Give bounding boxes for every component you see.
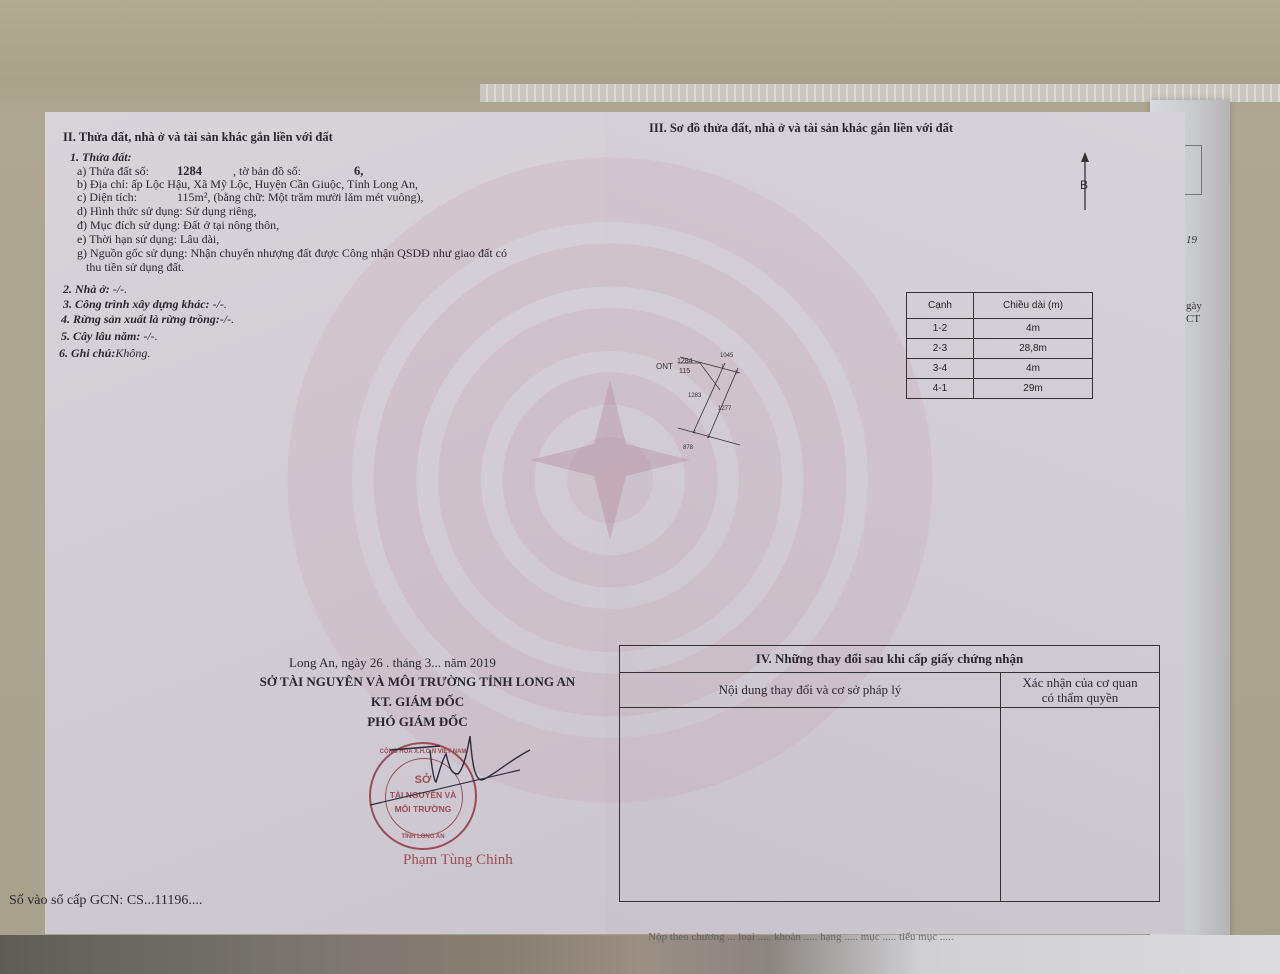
item-perennial: 5. Cây lâu năm: -/-.: [61, 329, 158, 343]
neighbor-parcel: 1277: [718, 406, 732, 412]
signer-name: Phạm Tùng Chinh: [403, 852, 513, 869]
item-label: 5. Cây lâu năm:: [61, 329, 140, 343]
under-sheet-text: Nộp theo chương ... loại ..... khoản ...…: [648, 930, 954, 944]
changes-confirm-cell: [1001, 708, 1160, 902]
signature-icon: [370, 730, 540, 810]
neighbor-parcel: 878: [683, 445, 694, 451]
item-label: 2. Nhà ở:: [63, 282, 110, 296]
area-label: c) Diện tích:: [77, 190, 137, 204]
map-sheet-label: , tờ bản đồ số:: [233, 164, 301, 178]
table-header-row: Cạnh Chiều dài (m): [907, 293, 1093, 319]
parcel-diagram: ONT 1284 115 1045 1283 1277 878 1 2 3 4: [650, 345, 760, 455]
changes-title-row: IV. Những thay đổi sau khi cấp giấy chứn…: [620, 646, 1160, 673]
parcel-number-label: a) Thửa đất số:: [77, 164, 149, 178]
changes-empty-row: [620, 708, 1160, 902]
registry-number: Số vào sổ cấp GCN: CS...11196....: [9, 894, 202, 908]
item-value: -/-.: [143, 329, 157, 343]
usage-origin-cont: thu tiền sử dụng đất.: [86, 260, 184, 274]
area-value: 115m², (bằng chữ: Một trăm mười lăm mét …: [177, 190, 423, 204]
usage-term: e) Thời hạn sử dụng: Lâu dài,: [77, 232, 219, 246]
edge-fragment: 19: [1186, 234, 1197, 246]
confirm-header-line-2: có thẩm quyền: [1001, 690, 1159, 705]
usage-form: d) Hình thức sử dụng: Sử dụng riêng,: [77, 204, 257, 218]
issuing-agency: SỞ TÀI NGUYÊN VÀ MÔI TRƯỜNG TỈNH LONG AN: [240, 674, 595, 690]
signer-role-1: KT. GIÁM ĐỐC: [240, 694, 595, 710]
item-value: Không.: [115, 346, 150, 360]
changes-table: IV. Những thay đổi sau khi cấp giấy chứn…: [619, 645, 1160, 902]
table-row: 2-3 28,8m: [907, 339, 1093, 359]
neighbor-parcel: 1045: [720, 353, 734, 359]
header-edge: Cạnh: [907, 293, 974, 319]
edge-length: 28,8m: [974, 339, 1093, 359]
item-other-construction: 3. Công trình xây dựng khác: -/-.: [63, 297, 227, 311]
item-label: 6. Ghi chú:: [59, 346, 115, 360]
parcel-number-value: 1284: [177, 164, 202, 178]
confirm-header-line-1: Xác nhận của cơ quan: [1001, 675, 1159, 690]
seal-ring-bottom: TỈNH LONG AN: [371, 834, 475, 840]
item-forest: 4. Rừng sản xuất là rừng trồng:-/-.: [61, 312, 234, 326]
changes-confirm-header: Xác nhận của cơ quan có thẩm quyền: [1001, 673, 1160, 708]
edge-id: 2-3: [907, 339, 974, 359]
signing-date: Long An, ngày 26 . tháng 3... năm 2019: [289, 656, 496, 670]
item-label: 3. Công trình xây dựng khác:: [63, 297, 210, 311]
vertex-label: 2: [735, 370, 738, 376]
neighbor-parcel: 1283: [688, 393, 702, 399]
edge-length-table: Cạnh Chiều dài (m) 1-2 4m 2-3 28,8m 3-4 …: [906, 292, 1093, 399]
land-type-label: ONT: [656, 362, 673, 371]
table-row: 1-2 4m: [907, 319, 1093, 339]
edge-length: 4m: [974, 359, 1093, 379]
edge-length: 29m: [974, 379, 1093, 399]
background-surface: [0, 935, 1280, 974]
changes-header-row: Nội dung thay đổi và cơ sở pháp lý Xác n…: [620, 673, 1160, 708]
changes-content-cell: [620, 708, 1001, 902]
north-label: B: [1080, 178, 1088, 192]
diagram-parcel-no: 1284: [677, 358, 693, 365]
item-label: 4. Rừng sản xuất là rừng trồng:: [61, 312, 220, 326]
vertex-label: 1: [721, 364, 724, 370]
table-row: 3-4 4m: [907, 359, 1093, 379]
usage-purpose: đ) Mục đích sử dụng: Đất ở tại nông thôn…: [77, 218, 279, 232]
vertex-label: 3: [707, 434, 710, 440]
edge-fragment: CT: [1186, 313, 1200, 325]
edge-fragment: gày: [1186, 300, 1202, 312]
edge-id: 1-2: [907, 319, 974, 339]
signer-role-2: PHÓ GIÁM ĐỐC: [240, 714, 595, 730]
parcel-heading: 1. Thửa đất:: [70, 150, 132, 164]
edge-id: 3-4: [907, 359, 974, 379]
address-line: b) Địa chỉ: ấp Lộc Hậu, Xã Mỹ Lộc, Huyện…: [77, 177, 418, 191]
section-ii-title: II. Thửa đất, nhà ở và tài sản khác gắn …: [63, 130, 333, 144]
item-value: -/-.: [220, 312, 234, 326]
edge-id: 4-1: [907, 379, 974, 399]
section-iii-title: III. Sơ đồ thửa đất, nhà ở và tài sản kh…: [649, 121, 953, 135]
changes-content-header: Nội dung thay đổi và cơ sở pháp lý: [620, 673, 1001, 708]
changes-title: IV. Những thay đổi sau khi cấp giấy chứn…: [620, 646, 1160, 673]
diagram-area: 115: [679, 368, 690, 375]
table-row: 4-1 29m: [907, 379, 1093, 399]
item-value: -/-.: [113, 282, 127, 296]
usage-origin: g) Nguồn gốc sử dụng: Nhận chuyển nhượng…: [77, 246, 507, 260]
item-house: 2. Nhà ở: -/-.: [63, 282, 127, 296]
edge-length: 4m: [974, 319, 1093, 339]
item-note: 6. Ghi chú:Không.: [59, 346, 150, 360]
header-length: Chiều dài (m): [974, 293, 1093, 319]
vertex-label: 4: [693, 430, 696, 436]
map-sheet-value: 6,: [354, 164, 363, 178]
item-value: -/-.: [213, 297, 227, 311]
